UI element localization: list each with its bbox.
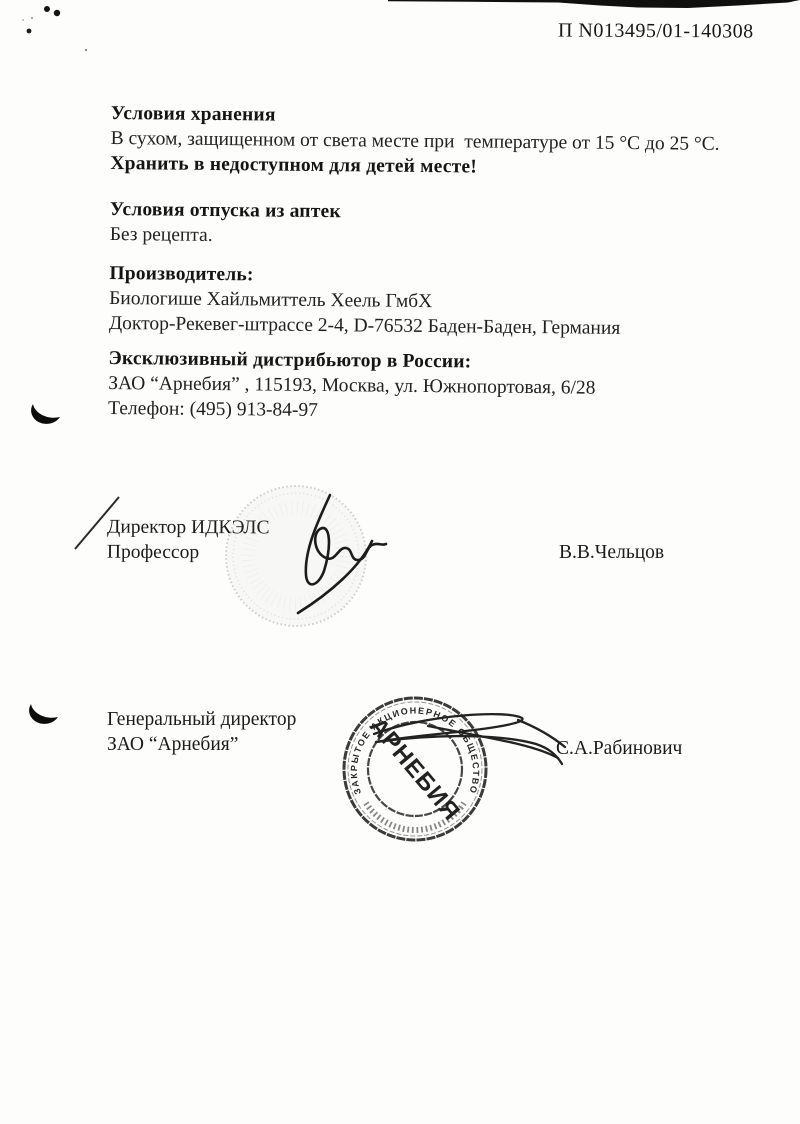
scanned-document-page: П N013495/01-140308 Условия хранения В с… bbox=[0, 0, 800, 1124]
section-storage-conditions: Условия хранения В сухом, защищенном от … bbox=[110, 101, 771, 182]
signatory-2-title-line2: ЗАО “Арнебия” bbox=[107, 733, 296, 758]
distributor-phone: Телефон: (495) 913-84-97 bbox=[108, 396, 768, 427]
ink-speck-artifacts bbox=[0, 0, 120, 70]
document-body: Условия хранения В сухом, защищенном от … bbox=[107, 0, 772, 506]
signatory-2-title: Генеральный директор ЗАО “Арнебия” bbox=[107, 708, 296, 757]
section-manufacturer: Производитель: Биологише Хайльмиттель Хе… bbox=[109, 261, 770, 342]
manufacturer-address: Доктор-Рекевег-штрассе 2-4, D-76532 Баде… bbox=[109, 311, 769, 342]
signatory-2-name: С.А.Рабинович bbox=[556, 738, 682, 760]
section-dispensing-conditions: Условия отпуска из аптек Без рецепта. bbox=[110, 197, 770, 253]
punch-hole-mark-top bbox=[24, 400, 64, 434]
signature-director-idkels bbox=[268, 483, 398, 633]
dispensing-text: Без рецепта. bbox=[110, 222, 770, 253]
signatory-1-name: В.В.Чельцов bbox=[559, 542, 664, 564]
punch-hole-mark-bottom bbox=[22, 700, 62, 734]
signatory-2-title-line1: Генеральный директор bbox=[107, 708, 296, 733]
section-distributor: Эксклюзивный дистрибьютор в России: ЗАО … bbox=[108, 346, 769, 427]
